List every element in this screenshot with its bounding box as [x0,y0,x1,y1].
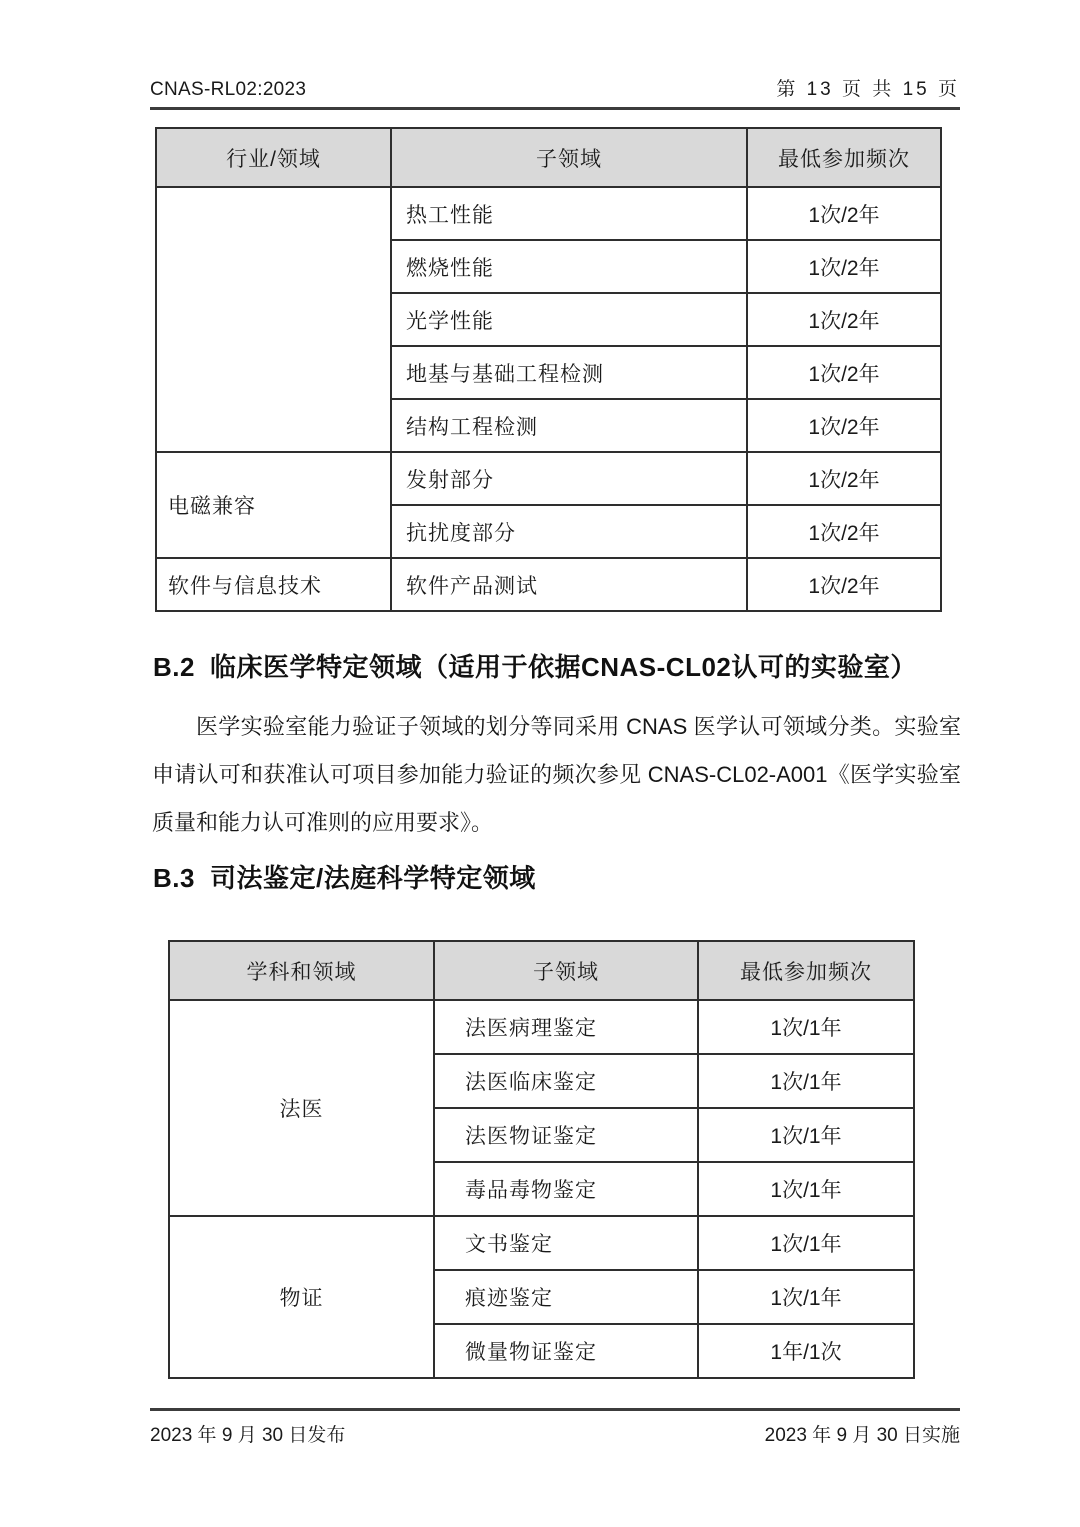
frequency-cell: 1次/1年 [698,1000,914,1054]
frequency-cell: 1次/2年 [747,293,941,346]
frequency-cell: 1次/1年 [698,1054,914,1108]
page-number: 第 13 页 共 15 页 [776,74,960,101]
subfield-cell: 燃烧性能 [391,240,747,293]
column-header: 学科和领域 [169,941,434,1000]
frequency-cell: 1次/1年 [698,1108,914,1162]
section-b2-heading: B.2临床医学特定领域（适用于依据CNAS-CL02认可的实验室） [153,650,963,684]
industry-fields-table-container: 行业/领域子领域最低参加频次热工性能1次/2年燃烧性能1次/2年光学性能1次/2… [155,127,942,612]
subfield-cell: 法医病理鉴定 [434,1000,698,1054]
column-header: 子领域 [391,128,747,187]
frequency-cell: 1次/1年 [698,1162,914,1216]
table-header-row: 学科和领域子领域最低参加频次 [169,941,914,1000]
section-b3-title: 司法鉴定/法庭科学特定领域 [210,863,536,893]
section-b2-paragraph: 医学实验室能力验证子领域的划分等同采用 CNAS 医学认可领域分类。实验室申请认… [152,703,961,847]
group-label-cell [156,187,391,452]
table-row: 物证文书鉴定1次/1年 [169,1216,914,1270]
subfield-cell: 毒品毒物鉴定 [434,1162,698,1216]
table-row: 法医法医病理鉴定1次/1年 [169,1000,914,1054]
subfield-cell: 痕迹鉴定 [434,1270,698,1324]
document-page: CNAS-RL02:2023 第 13 页 共 15 页 行业/领域子领域最低参… [0,0,1080,1527]
section-b3-heading: B.3司法鉴定/法庭科学特定领域 [153,861,536,895]
column-header: 子领域 [434,941,698,1000]
subfield-cell: 光学性能 [391,293,747,346]
frequency-cell: 1次/2年 [747,505,941,558]
group-label-cell: 物证 [169,1216,434,1378]
subfield-cell: 法医临床鉴定 [434,1054,698,1108]
subfield-cell: 法医物证鉴定 [434,1108,698,1162]
frequency-cell: 1年/1次 [698,1324,914,1378]
implement-date: 2023 年 9 月 30 日实施 [765,1420,960,1447]
section-b2-title: 临床医学特定领域（适用于依据CNAS-CL02认可的实验室） [210,652,917,682]
frequency-cell: 1次/2年 [747,452,941,505]
column-header: 最低参加频次 [698,941,914,1000]
frequency-cell: 1次/2年 [747,187,941,240]
subfield-cell: 地基与基础工程检测 [391,346,747,399]
frequency-cell: 1次/1年 [698,1270,914,1324]
frequency-cell: 1次/2年 [747,346,941,399]
page-footer: 2023 年 9 月 30 日发布 2023 年 9 月 30 日实施 [150,1408,960,1447]
group-label-cell: 电磁兼容 [156,452,391,558]
subfield-cell: 软件产品测试 [391,558,747,611]
frequency-cell: 1次/2年 [747,240,941,293]
publish-date: 2023 年 9 月 30 日发布 [150,1420,345,1447]
subfield-cell: 热工性能 [391,187,747,240]
page-header: CNAS-RL02:2023 第 13 页 共 15 页 [150,74,960,110]
forensic-fields-table-container: 学科和领域子领域最低参加频次法医法医病理鉴定1次/1年法医临床鉴定1次/1年法医… [168,940,915,1379]
subfield-cell: 抗扰度部分 [391,505,747,558]
subfield-cell: 微量物证鉴定 [434,1324,698,1378]
forensic-fields-table: 学科和领域子领域最低参加频次法医法医病理鉴定1次/1年法医临床鉴定1次/1年法医… [168,940,915,1379]
industry-fields-table: 行业/领域子领域最低参加频次热工性能1次/2年燃烧性能1次/2年光学性能1次/2… [155,127,942,612]
table-row: 热工性能1次/2年 [156,187,941,240]
table-row: 软件与信息技术软件产品测试1次/2年 [156,558,941,611]
frequency-cell: 1次/2年 [747,558,941,611]
subfield-cell: 文书鉴定 [434,1216,698,1270]
column-header: 最低参加频次 [747,128,941,187]
section-b3-number: B.3 [153,863,195,893]
section-b2-number: B.2 [153,652,195,682]
table-row: 电磁兼容发射部分1次/2年 [156,452,941,505]
group-label-cell: 软件与信息技术 [156,558,391,611]
document-code: CNAS-RL02:2023 [150,79,306,101]
subfield-cell: 结构工程检测 [391,399,747,452]
table-header-row: 行业/领域子领域最低参加频次 [156,128,941,187]
subfield-cell: 发射部分 [391,452,747,505]
frequency-cell: 1次/2年 [747,399,941,452]
column-header: 行业/领域 [156,128,391,187]
frequency-cell: 1次/1年 [698,1216,914,1270]
group-label-cell: 法医 [169,1000,434,1216]
